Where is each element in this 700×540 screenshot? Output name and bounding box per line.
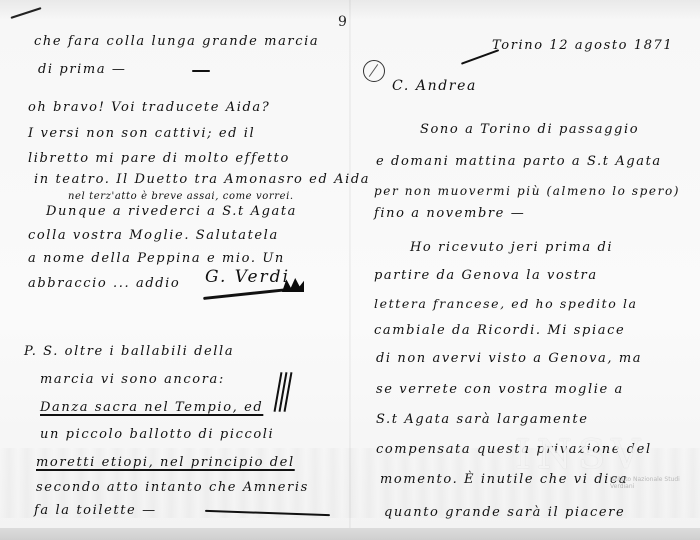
left-line-10: a nome della Peppina e mio. Un [28, 251, 285, 266]
ink-strikes [277, 372, 291, 412]
right-line-11: S.t Agata sarà largamente [376, 412, 589, 427]
salutation: C. Andrea [392, 78, 477, 94]
ps-line-6: secondo atto intanto che Amneris [36, 480, 309, 495]
ps-line-5: moretti etiopi, nel principio del [36, 455, 295, 470]
signature: G. Verdi [205, 267, 290, 287]
right-line-10: se verrete con vostra moglie a [376, 382, 624, 397]
dateline: Torino 12 agosto 1871 [492, 38, 673, 53]
watermark-caption: Istituto Nazionale Studi Verdiani [610, 476, 700, 490]
right-line-7: lettera francese, ed ho spedito la [374, 296, 638, 311]
ps-line-1: P. S. oltre i ballabili della [24, 344, 234, 359]
left-line-1: che fara colla lunga grande marcia [34, 34, 319, 49]
right-line-6: partire da Genova la vostra [374, 268, 598, 283]
left-line-3: oh bravo! Voi traducete Aida? [28, 100, 270, 115]
watermark: INSV [515, 432, 646, 478]
left-line-7: nel terz'atto è breve assai, come vorrei… [68, 191, 294, 202]
right-line-14: quanto grande sarà il piacere [384, 505, 625, 520]
right-line-9: di non avervi visto a Genova, ma [376, 351, 642, 366]
left-line-4: I versi non son cattivi; ed il [28, 126, 255, 141]
letter-scan: 9 che fara colla lunga grande marcia di … [0, 0, 700, 530]
left-line-2: di prima — [38, 62, 127, 77]
ps-line-3: Danza sacra nel Tempio, ed [40, 400, 263, 415]
ps-line-4: un piccolo ballotto di piccoli [40, 427, 274, 442]
right-line-2: e domani mattina parto a S.t Agata [376, 154, 662, 169]
page-number: 9 [338, 14, 347, 30]
left-line-6: in teatro. Il Duetto tra Amonasro ed Aid… [34, 172, 370, 187]
left-line-11: abbraccio ... addio [28, 276, 180, 291]
ps-line-2: marcia vi sono ancora: [40, 372, 225, 387]
dateline-flourish [461, 49, 499, 64]
right-line-8: cambiale da Ricordi. Mi spiace [374, 323, 625, 338]
corner-pen-mark [10, 7, 41, 19]
left-line-9: colla vostra Moglie. Salutatela [28, 228, 279, 243]
ink-dash [192, 70, 210, 72]
right-line-3: per non muovermi più (almeno lo spero) [374, 184, 680, 198]
right-line-5: Ho ricevuto jeri prima di [410, 240, 613, 255]
scan-bottom-edge [0, 528, 700, 540]
right-line-1: Sono a Torino di passaggio [420, 122, 639, 137]
ps-line-7: fa la toilette — [34, 503, 157, 518]
left-line-5: libretto mi pare di molto effetto [28, 151, 290, 166]
left-line-8: Dunque a rivederci a S.t Agata [46, 204, 297, 219]
right-line-4: fino a novembre — [374, 206, 525, 221]
archive-stamp-icon [363, 60, 385, 82]
